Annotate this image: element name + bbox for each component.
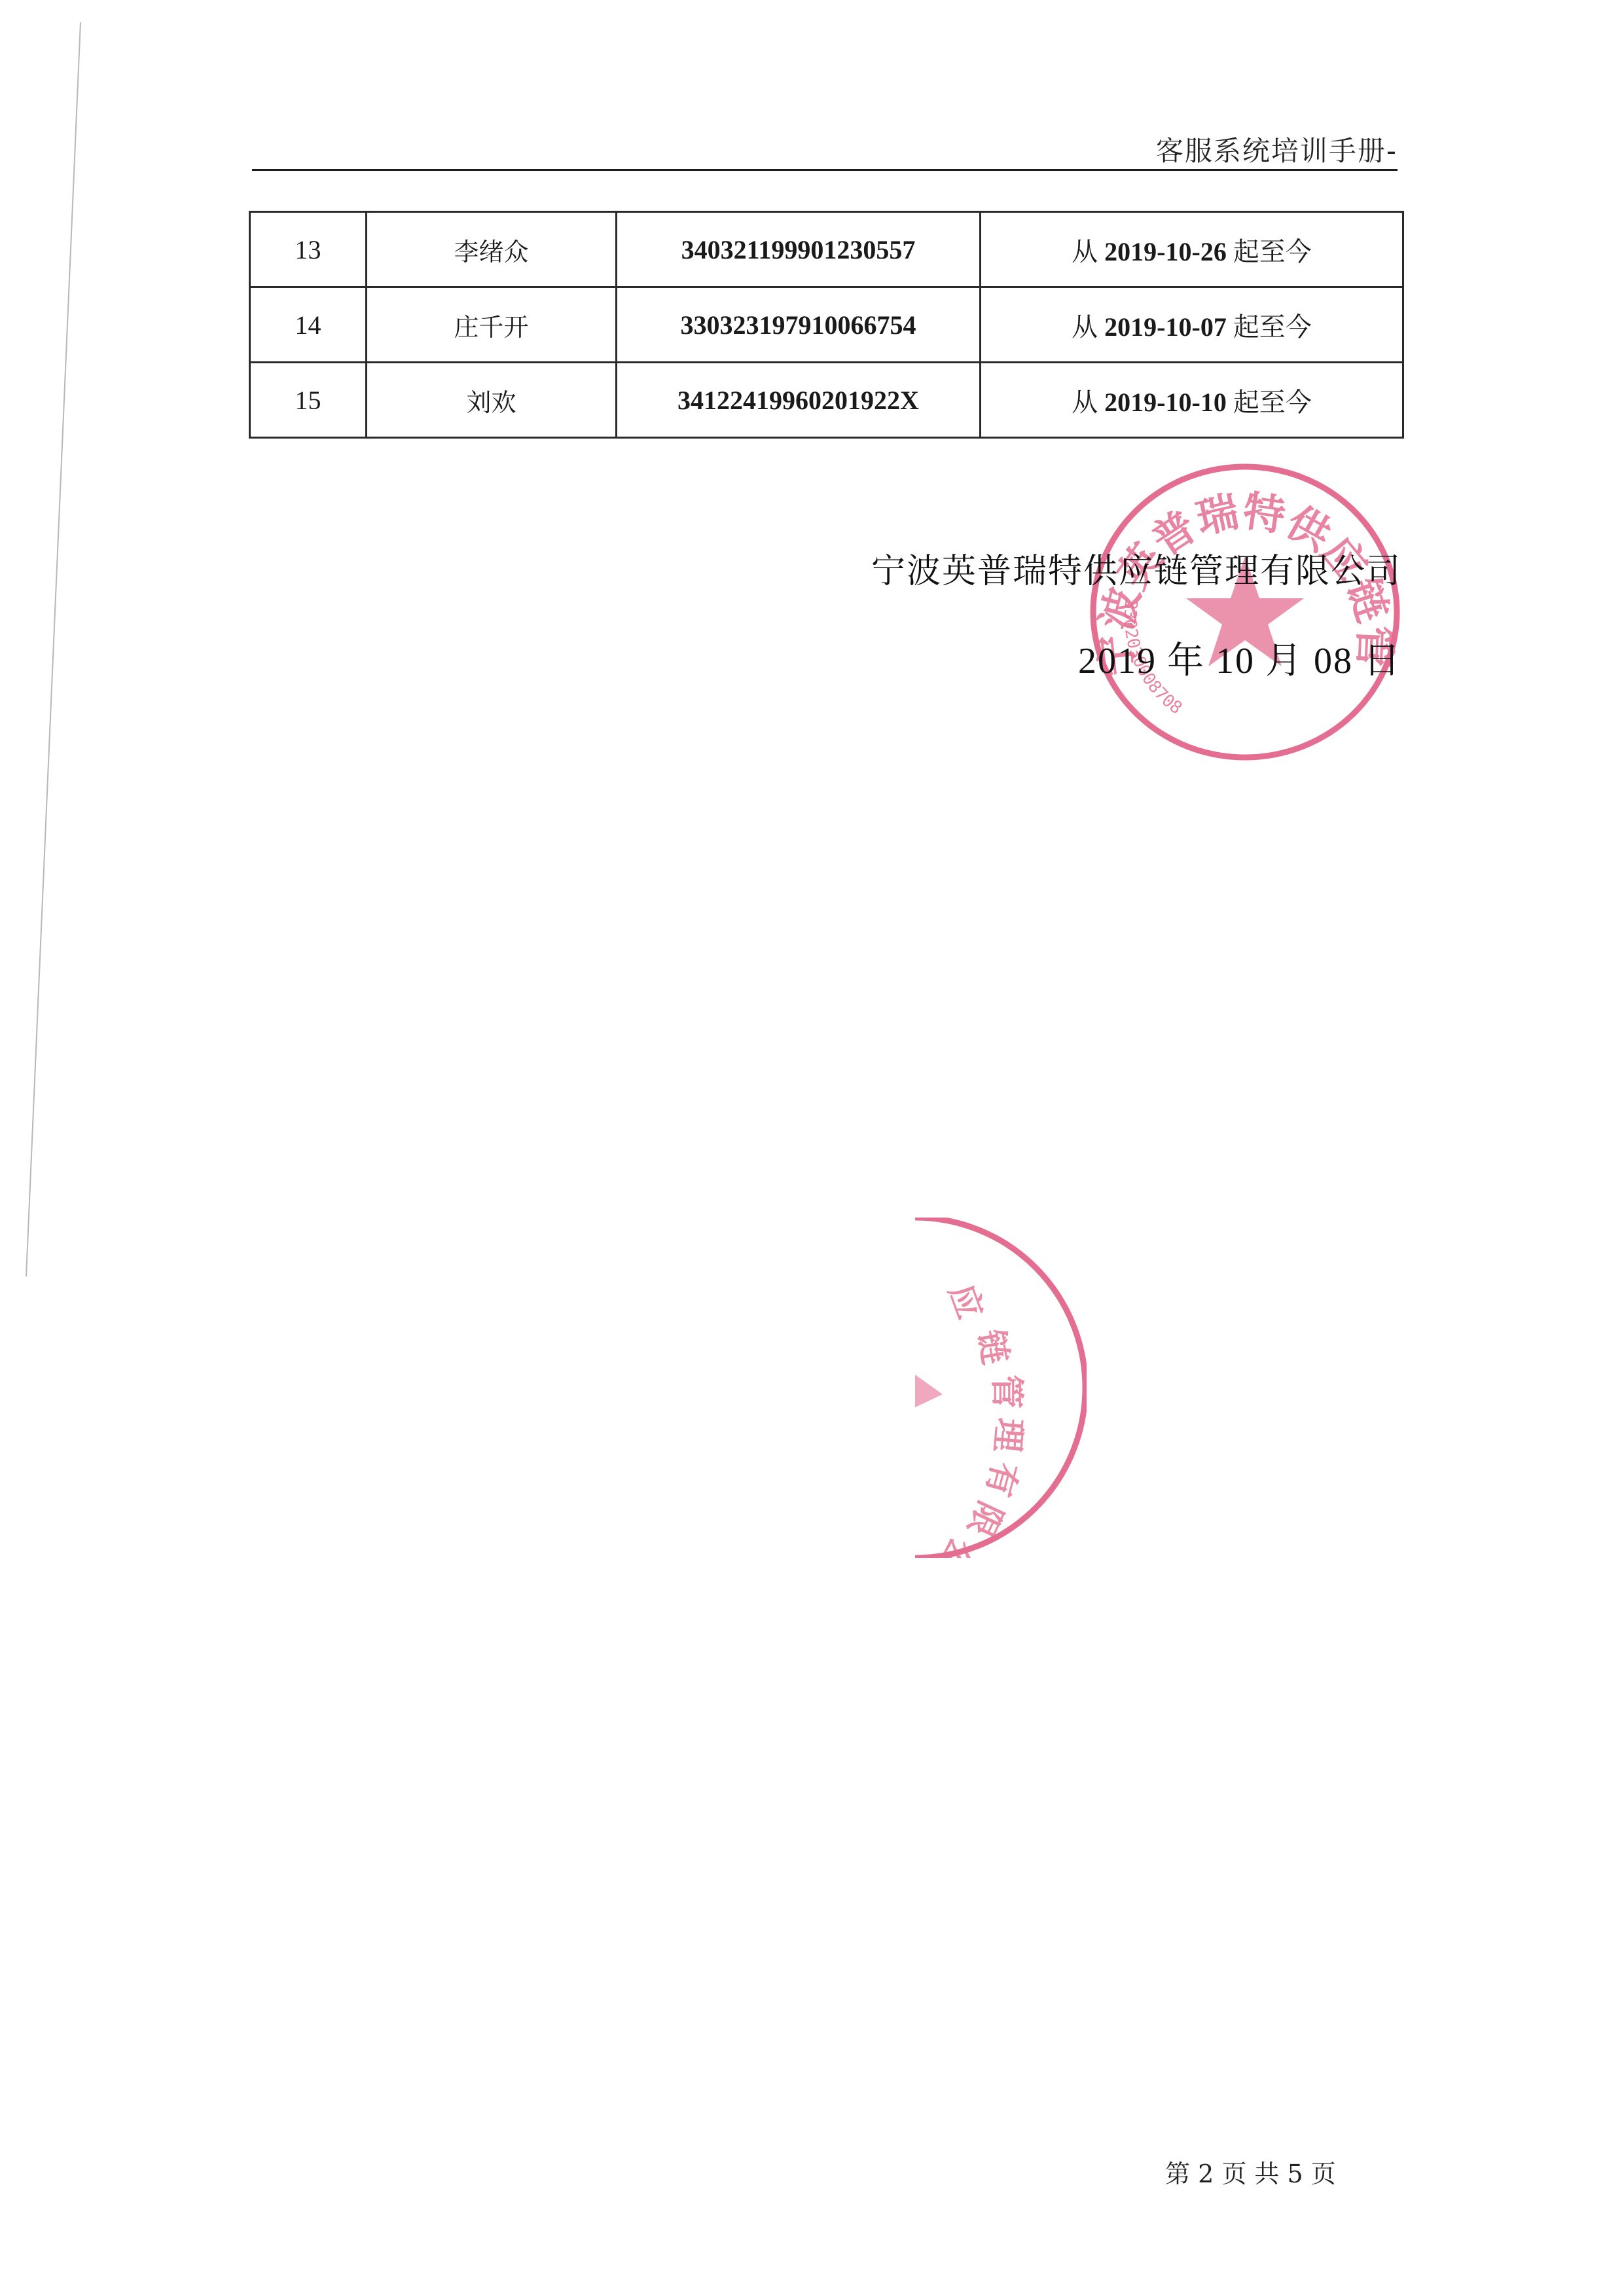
id-number: 330323197910066754: [617, 287, 981, 363]
employee-name: 刘欢: [367, 363, 617, 438]
row-number: 14: [250, 287, 367, 363]
period-prefix: 从: [1072, 388, 1098, 418]
employment-period: 从 2019-10-07 起至今: [981, 287, 1403, 363]
period-suffix: 起至今: [1233, 312, 1312, 342]
employee-name: 李绪众: [367, 212, 617, 287]
svg-text:应: 应: [941, 1279, 990, 1324]
period-date: 2019-10-07: [1104, 312, 1227, 342]
header-divider: [252, 169, 1398, 171]
signature-date: 2019 年 10 月 08 日: [871, 632, 1401, 684]
period-suffix: 起至今: [1233, 388, 1312, 418]
period-prefix: 从: [1072, 237, 1098, 267]
employee-table: 13 李绪众 340321199901230557 从 2019-10-26 起…: [249, 211, 1404, 439]
employment-period: 从 2019-10-26 起至今: [981, 212, 1403, 287]
table-row: 14 庄千开 330323197910066754 从 2019-10-07 起…: [250, 287, 1403, 363]
svg-text:有: 有: [978, 1458, 1024, 1501]
svg-text:理: 理: [987, 1417, 1029, 1454]
period-prefix: 从: [1072, 312, 1098, 342]
svg-text:链: 链: [970, 1327, 1015, 1367]
period-date: 2019-10-10: [1104, 388, 1227, 417]
signature-block: 宁波英普瑞特供应链管理有限公司 2019 年 10 月 08 日: [871, 543, 1401, 684]
company-name: 宁波英普瑞特供应链管理有限公司: [871, 543, 1401, 592]
employee-name: 庄千开: [367, 287, 617, 363]
row-number: 13: [250, 212, 367, 287]
row-number: 15: [250, 363, 367, 438]
id-number: 340321199901230557: [617, 212, 981, 287]
id-number: 34122419960201922X: [617, 363, 981, 438]
star-icon: [915, 1375, 943, 1407]
page-number: 第 2 页 共 5 页: [1165, 2154, 1336, 2190]
employment-period: 从 2019-10-10 起至今: [981, 363, 1403, 438]
period-suffix: 起至今: [1233, 237, 1312, 267]
header-title: 客服系统培训手册-: [1156, 130, 1398, 169]
svg-text:公: 公: [929, 1530, 981, 1558]
svg-text:管: 管: [986, 1375, 1026, 1409]
table-row: 15 刘欢 34122419960201922X 从 2019-10-10 起至…: [250, 363, 1403, 438]
cross-page-seal-stamp: 应 链 管 理 有 限 公: [910, 1218, 1087, 1558]
period-date: 2019-10-26: [1104, 237, 1227, 266]
table-row: 13 李绪众 340321199901230557 从 2019-10-26 起…: [250, 212, 1403, 287]
page-header: 客服系统培训手册-: [252, 124, 1398, 170]
